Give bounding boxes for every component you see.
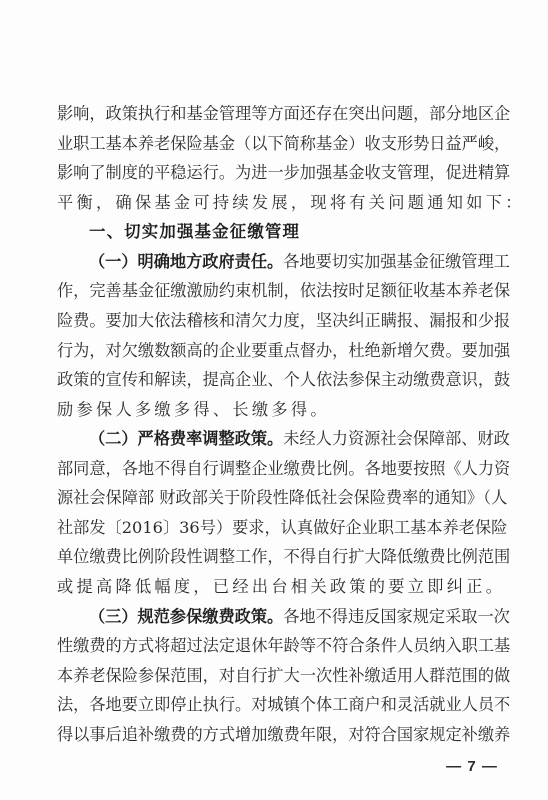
subsection-title: （二）严格费率调整政策。 <box>89 429 283 448</box>
paragraph-line: 或提高降低幅度，已经出台相关政策的要立即纠正。 <box>57 572 492 602</box>
paragraph-line: 政策的宣传和解读，提高企业、个人依法参保主动缴费意识，鼓 <box>57 365 492 395</box>
paragraph-line: 部同意，各地不得自行调整企业缴费比例。各地要按照《人力资 <box>57 454 492 484</box>
paragraph-line: 平衡，确保基金可持续发展，现将有关问题通知如下： <box>57 188 492 218</box>
paragraph-text: 各地要切实加强基金征缴管理工 <box>283 252 510 271</box>
paragraph-line: 影响，政策执行和基金管理等方面还存在突出问题，部分地区企 <box>57 99 492 129</box>
paragraph-line: 作，完善基金征缴激励约束机制，依法按时足额征收基本养老保 <box>57 276 492 306</box>
paragraph-line: 行为，对欠缴数额高的企业要重点督办，杜绝新增欠费。要加强 <box>57 336 492 366</box>
paragraph-line: 险费。要加大依法稽核和清欠力度，坚决纠正瞒报、漏报和少报 <box>57 306 492 336</box>
paragraph-line: 社部发〔2016〕36号）要求，认真做好企业职工基本养老保险 <box>57 513 492 543</box>
subsection-title: （三）规范参保缴费政策。 <box>89 607 283 626</box>
paragraph-line: 法，各地要立即停止执行。对城镇个体工商户和灵活就业人员不 <box>57 690 492 720</box>
subsection-first-line: （一）明确地方政府责任。各地要切实加强基金征缴管理工 <box>57 247 492 277</box>
paragraph-line: 单位缴费比例阶段性调整工作，不得自行扩大降低缴费比例范围 <box>57 542 492 572</box>
paragraph-line: 本养老保险参保范围，对自行扩大一次性补缴适用人群范围的做 <box>57 661 492 691</box>
paragraph-text: 未经人力资源社会保障部、财政 <box>283 429 510 448</box>
subsection-first-line: （二）严格费率调整政策。未经人力资源社会保障部、财政 <box>57 424 492 454</box>
document-page: 影响，政策执行和基金管理等方面还存在突出问题，部分地区企 业职工基本养老保险基金… <box>0 0 548 800</box>
subsection-first-line: （三）规范参保缴费政策。各地不得违反国家规定采取一次 <box>57 602 492 632</box>
paragraph-line: 源社会保障部 财政部关于阶段性降低社会保险费率的通知》（人 <box>57 483 492 513</box>
paragraph-text: 各地不得违反国家规定采取一次 <box>283 607 510 626</box>
paragraph-line: 得以事后追补缴费的方式增加缴费年限，对符合国家规定补缴养 <box>57 720 492 750</box>
document-body: 影响，政策执行和基金管理等方面还存在突出问题，部分地区企 业职工基本养老保险基金… <box>57 99 492 749</box>
page-number: — 7 — <box>440 758 504 775</box>
paragraph-line: 性缴费的方式将超过法定退休年龄等不符合条件人员纳入职工基 <box>57 631 492 661</box>
section-heading: 一、切实加强基金征缴管理 <box>57 217 492 247</box>
subsection-title: （一）明确地方政府责任。 <box>89 252 283 271</box>
paragraph-line: 业职工基本养老保险基金（以下简称基金）收支形势日益严峻， <box>57 129 492 159</box>
paragraph-line: 励参保人多缴多得、长缴多得。 <box>57 395 492 425</box>
paragraph-line: 影响了制度的平稳运行。为进一步加强基金收支管理，促进精算 <box>57 158 492 188</box>
